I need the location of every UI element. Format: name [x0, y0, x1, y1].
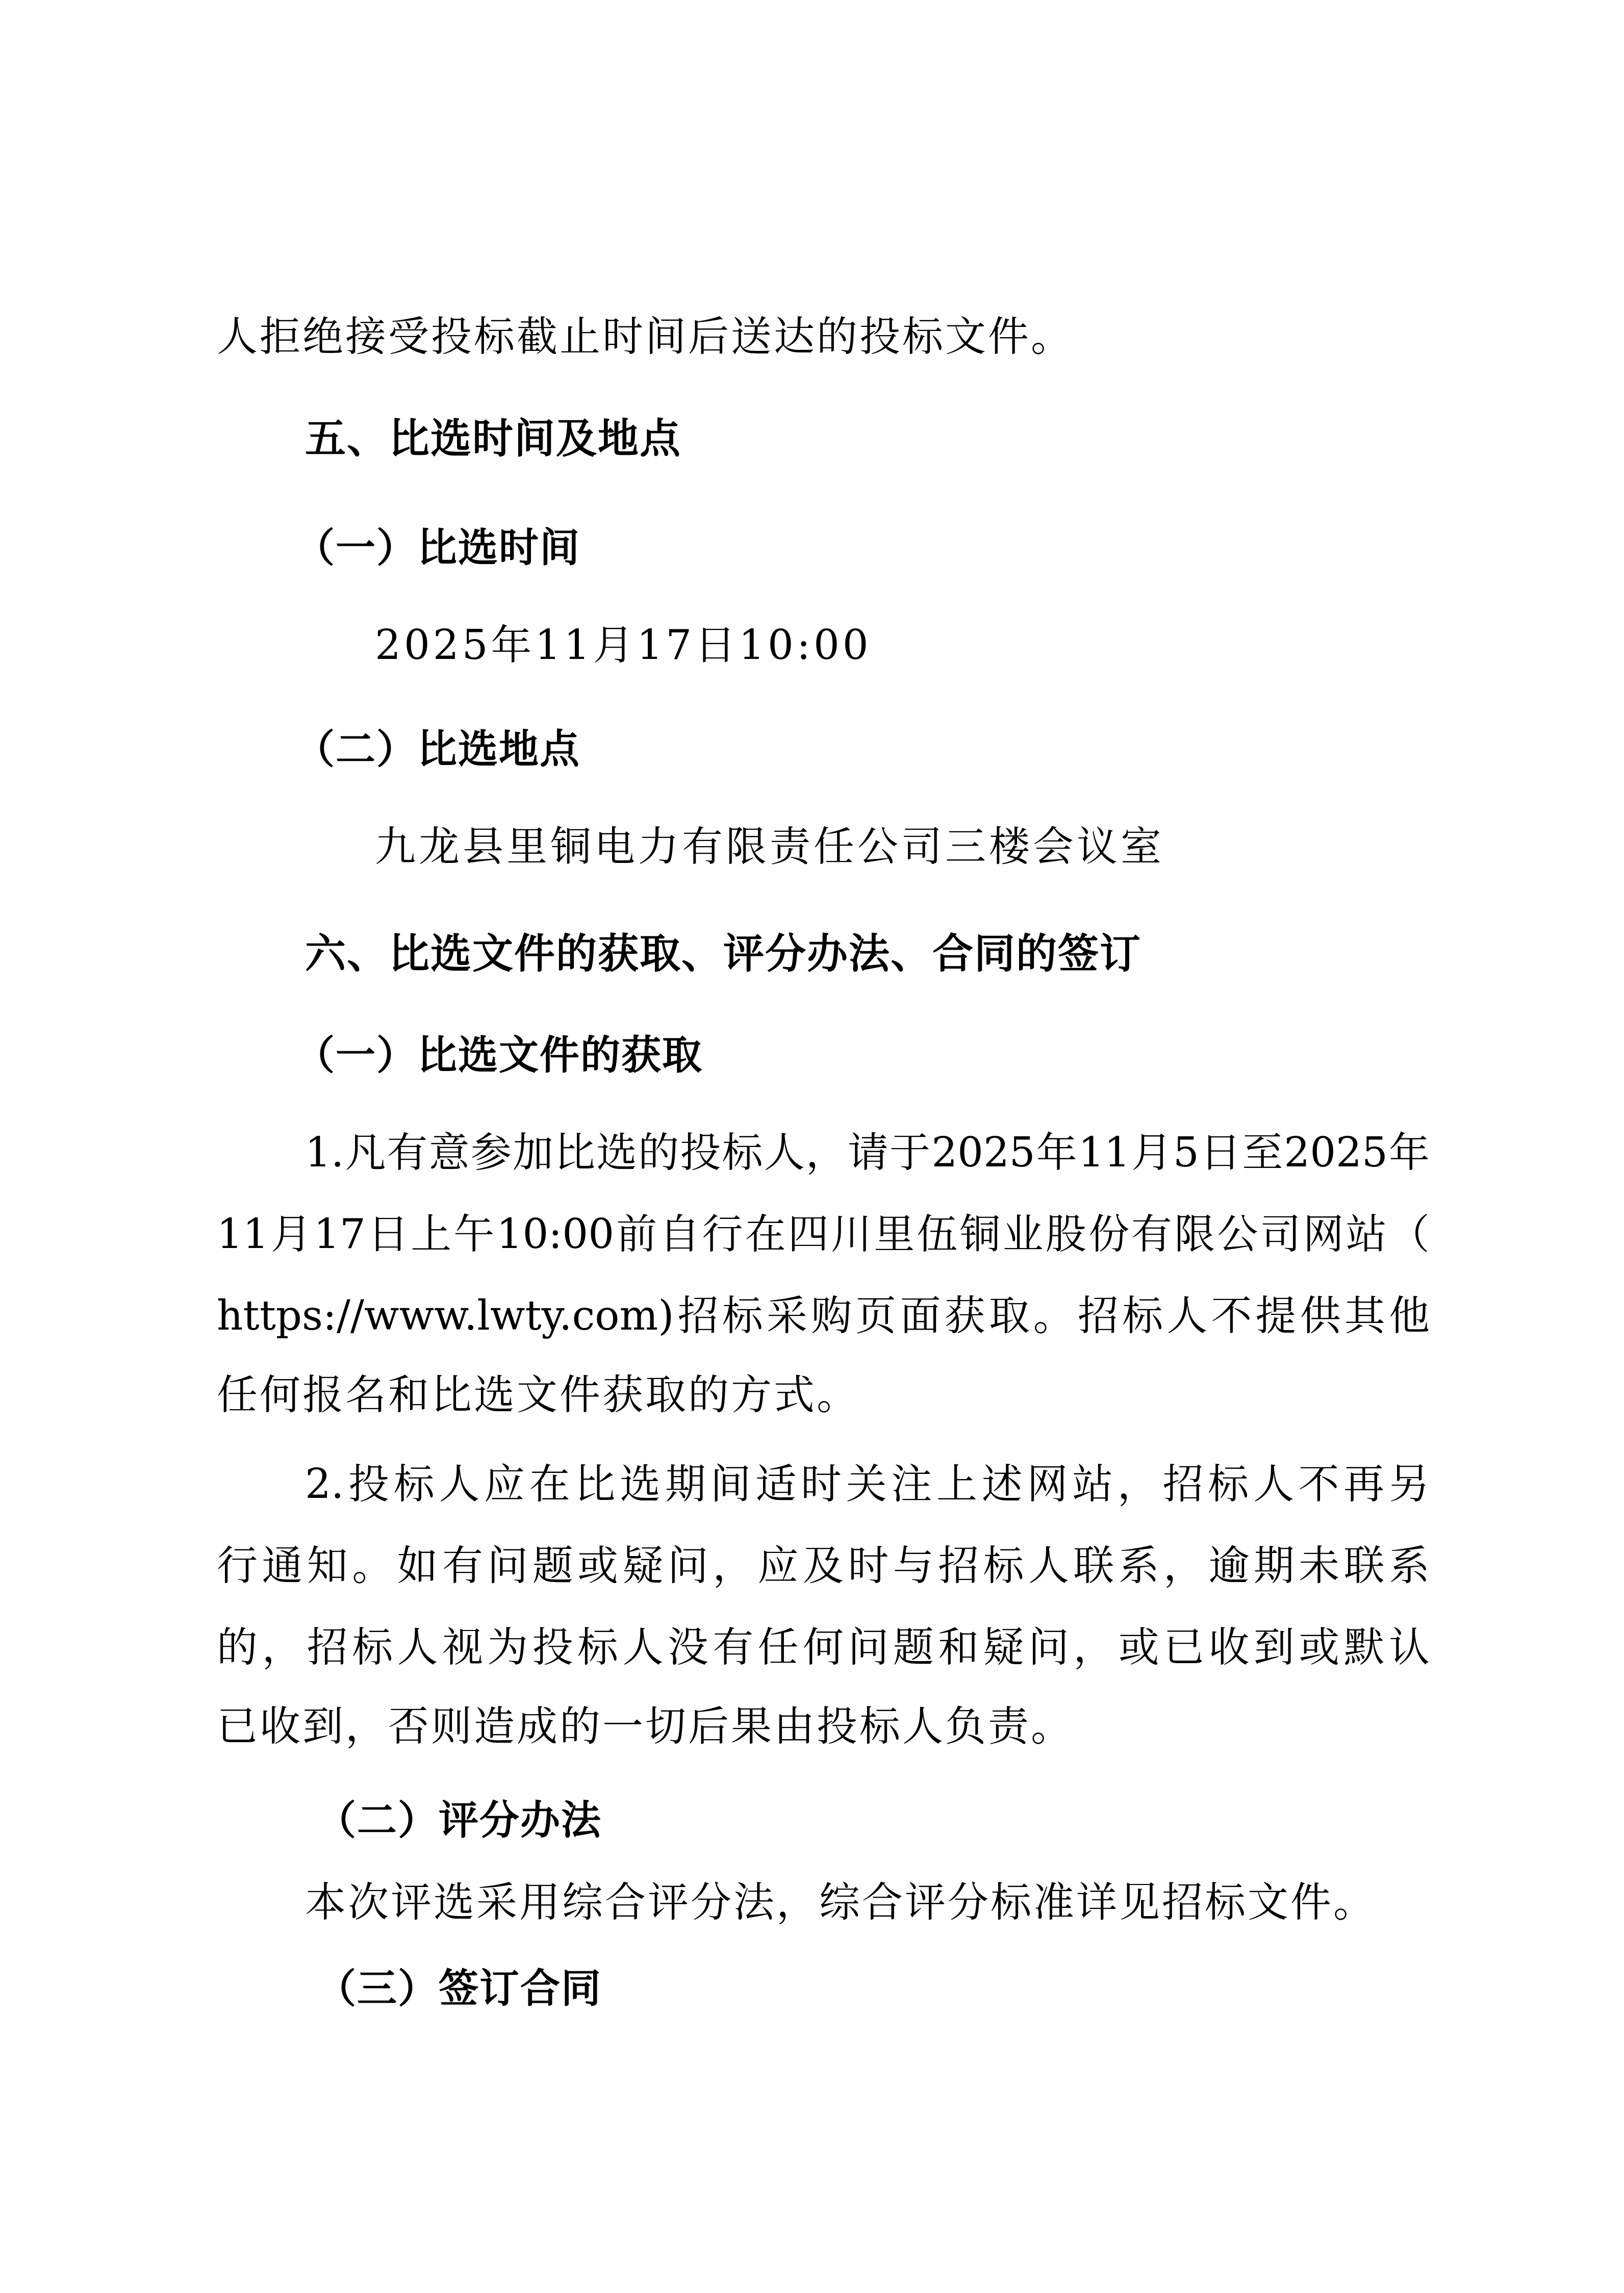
paragraph-1-line-1: 1.凡有意参加比选的投标人，请于2025年11月5日至2025年: [305, 1127, 1430, 1178]
paragraph-1-line-4: 任何报名和比选文件获取的方式。: [217, 1369, 859, 1420]
section-heading-6: 六、比选文件的获取、评分办法、合同的签订: [305, 928, 1141, 979]
paragraph-2-line-3: 的，招标人视为投标人没有任何问题和疑问，或已收到或默认: [217, 1622, 1430, 1673]
paragraph-2-line-4: 已收到，否则造成的一切后果由投标人负责。: [217, 1701, 1074, 1752]
paragraph-1-line-2: 11月17日上午10:00前自行在四川里伍铜业股份有限公司网站（: [217, 1209, 1430, 1260]
subheading-sign-contract: （三）签订合同: [316, 1964, 602, 2015]
document-page: 人拒绝接受投标截止时间后送达的投标文件。 五、比选时间及地点 （一）比选时间 2…: [0, 0, 1624, 2293]
section-heading-5: 五、比选时间及地点: [305, 413, 681, 464]
subheading-obtain-documents: （一）比选文件的获取: [295, 1030, 703, 1081]
paragraph-2-line-2: 行通知。如有问题或疑问，应及时与招标人联系，逾期未联系: [217, 1540, 1430, 1591]
bid-location-value: 九龙县里铜电力有限责任公司三楼会议室: [375, 821, 1164, 872]
subheading-bid-location: （二）比选地点: [295, 724, 580, 775]
paragraph-continuation: 人拒绝接受投标截止时间后送达的投标文件。: [217, 311, 1074, 362]
subheading-bid-time: （一）比选时间: [295, 523, 580, 574]
subheading-scoring-method: （二）评分办法: [316, 1795, 602, 1846]
paragraph-1-line-3: https://www.lwty.com)招标采购页面获取。招标人不提供其他: [217, 1290, 1430, 1341]
paragraph-2-line-1: 2.投标人应在比选期间适时关注上述网站，招标人不再另: [305, 1459, 1430, 1510]
scoring-method-text: 本次评选采用综合评分法，综合评分标准详见招标文件。: [305, 1877, 1376, 1928]
bid-time-value: 2025年11月17日10:00: [375, 620, 872, 671]
